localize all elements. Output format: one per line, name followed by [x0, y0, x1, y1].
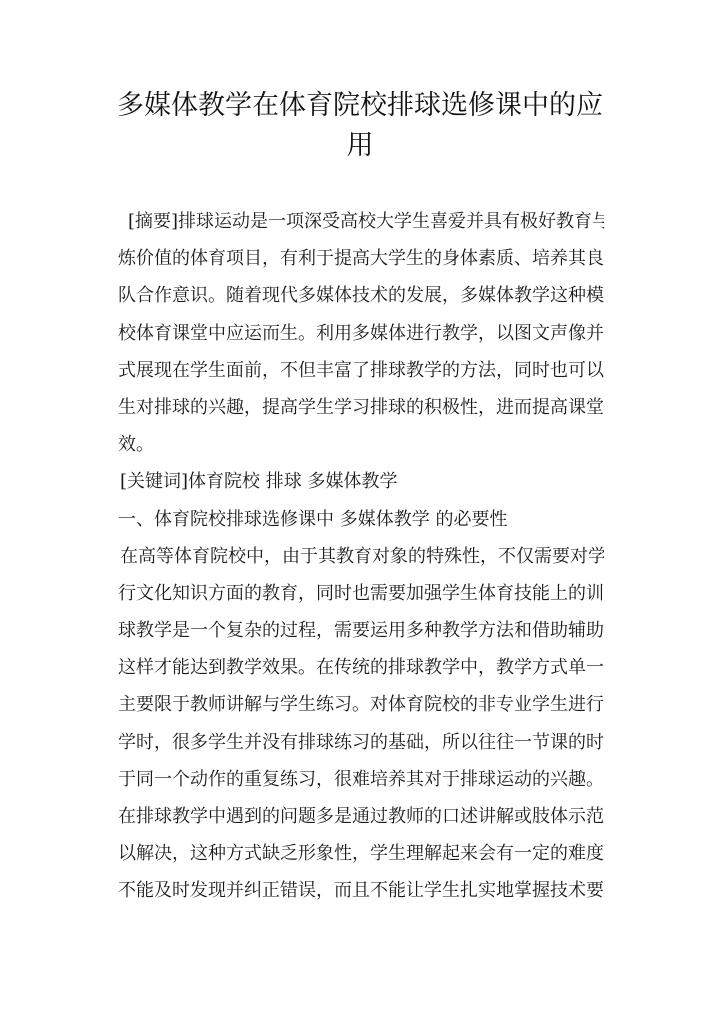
paragraph-line: 在排球教学中遇到的问题多是通过教师的口述讲解或肢体示范来加 — [118, 798, 604, 835]
abstract-paragraph: [摘要]排球运动是一项深受高校大学生喜爱并具有极好教育与锻 炼价值的体育项目，有… — [118, 203, 604, 463]
paragraph-line: 在高等体育院校中，由于其教育对象的特殊性，不仅需要对学生进 — [118, 538, 604, 575]
abstract-line: [摘要]排球运动是一项深受高校大学生喜爱并具有极好教育与锻 — [118, 203, 604, 240]
abstract-line: 生对排球的兴趣，提高学生学习排球的积极性，进而提高课堂教学实 — [118, 389, 604, 426]
abstract-line: 校体育课堂中应运而生。利用多媒体进行教学，以图文声像并茂的形 — [118, 315, 604, 352]
abstract-line: 效。 — [118, 426, 604, 463]
abstract-line: 式展现在学生面前，不但丰富了排球教学的方法，同时也可以培养学 — [118, 352, 604, 389]
section-paragraph: 在高等体育院校中，由于其教育对象的特殊性，不仅需要对学生进 行文化知识方面的教育… — [118, 538, 604, 910]
paragraph-line: 主要限于教师讲解与学生练习。对体育院校的非专业学生进行排球教 — [118, 686, 604, 723]
paragraph-line: 球教学是一个复杂的过程，需要运用多种教学方法和借助辅助工具， — [118, 612, 604, 649]
title-line-2: 用 — [110, 126, 610, 166]
document-body: [摘要]排球运动是一项深受高校大学生喜爱并具有极好教育与锻 炼价值的体育项目，有… — [118, 203, 604, 910]
paragraph-line: 这样才能达到教学效果。在传统的排球教学中，教学方式单一重复， — [118, 649, 604, 686]
paragraph-line: 行文化知识方面的教育，同时也需要加强学生体育技能上的训练。排 — [118, 575, 604, 612]
section-heading: 一、体育院校排球选修课中 多媒体教学 的必要性 — [118, 501, 604, 538]
document-page: 多媒体教学在体育院校排球选修课中的应 用 [摘要]排球运动是一项深受高校大学生喜… — [0, 0, 721, 1020]
paragraph-line: 学时，很多学生并没有排球练习的基础，所以往往一节课的时间都用 — [118, 724, 604, 761]
document-title: 多媒体教学在体育院校排球选修课中的应 用 — [110, 86, 610, 166]
paragraph-line: 不能及时发现并纠正错误，而且不能让学生扎实地掌握技术要领，一 — [118, 872, 604, 909]
paragraph-line: 于同一个动作的重复练习，很难培养其对于排球运动的兴趣。此外， — [118, 761, 604, 798]
title-line-1: 多媒体教学在体育院校排球选修课中的应 — [110, 86, 610, 126]
keywords-line: [关键词]体育院校 排球 多媒体教学 — [118, 463, 604, 500]
abstract-line: 队合作意识。随着现代多媒体技术的发展，多媒体教学这种模式在高 — [118, 277, 604, 314]
paragraph-line: 以解决，这种方式缺乏形象性，学生理解起来会有一定的难度，不但 — [118, 835, 604, 872]
abstract-line: 炼价值的体育项目，有利于提高大学生的身体素质、培养其良好的团 — [118, 240, 604, 277]
